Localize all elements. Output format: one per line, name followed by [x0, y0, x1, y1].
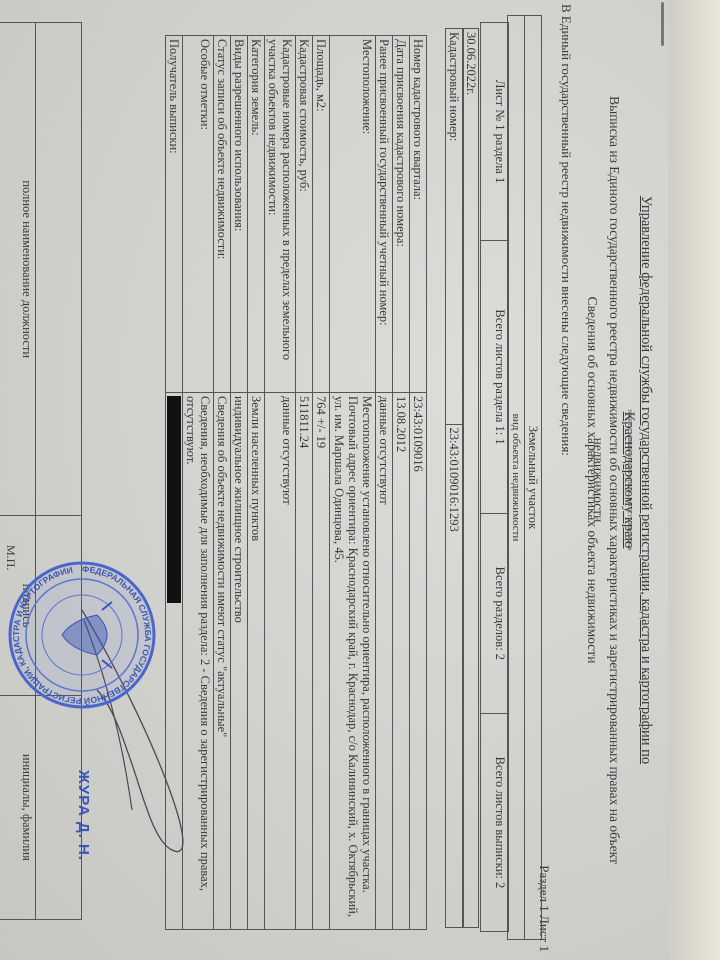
- table-row: Кадастровые номера расположенных в преде…: [265, 36, 296, 930]
- table-row: Ранее присвоенный государственный учетны…: [376, 36, 393, 930]
- document-subtitle: Сведения об основных характеристиках объ…: [584, 130, 600, 830]
- intro-text: В Единый государственный реестр недвижим…: [558, 4, 574, 456]
- extract-date: 30.06.2022г.: [463, 28, 479, 928]
- issuing-authority-caption: полное наименование органа регистрации п…: [626, 360, 634, 600]
- official-stamp-icon: ФЕДЕРАЛЬНАЯ СЛУЖБА ГОСУДАРСТВЕННОЙ РЕГИС…: [7, 560, 157, 710]
- sheet-number: Лист № 1 раздела 1: [481, 23, 509, 241]
- table-row: Категория земель:Земли населенных пункто…: [248, 36, 265, 930]
- egrn-extract-document: Управление федеральной службы государств…: [0, 0, 672, 960]
- sheets-total: Всего листов выписки: 2: [481, 713, 509, 931]
- cadastral-number-table: Кадастровый номер: 23:43:0109016:1293: [445, 28, 463, 928]
- sections-total: Всего разделов: 2: [481, 513, 509, 713]
- table-row: Статус записи об объекте недвижимости:Св…: [214, 36, 231, 930]
- object-type-table: Земельный участок вид объекта недвижимос…: [507, 15, 542, 940]
- object-type-caption: вид объекта недвижимости: [508, 16, 525, 940]
- characteristics-table: Номер кадастрового квартала:23:43:010901…: [165, 35, 427, 930]
- cadastral-number-label: Кадастровый номер:: [446, 29, 463, 425]
- signer-name: ЖУРА Д. Н.: [75, 770, 92, 861]
- signature-table: полное наименование должности подпись ин…: [0, 22, 82, 920]
- position-cell: [36, 23, 82, 516]
- sheets-in-section: Всего листов раздела 1: 1: [481, 241, 509, 514]
- table-row: Номер кадастрового квартала:23:43:010901…: [410, 36, 427, 930]
- cadastral-number: 23:43:0109016:1293: [446, 424, 463, 927]
- table-row: Дата присвоения кадастрового номера:13.0…: [393, 36, 410, 930]
- table-row: Местоположение:Местоположение установлен…: [330, 36, 376, 930]
- table-row: Кадастровая стоимость, руб:511811.24: [296, 36, 313, 930]
- sheets-table: Лист № 1 раздела 1 Всего листов раздела …: [480, 22, 509, 932]
- redacted-recipient: [167, 396, 181, 603]
- table-row: Виды разрешенного использования:индивиду…: [231, 36, 248, 930]
- name-caption: инициалы, фамилия: [0, 695, 36, 919]
- table-row: Площадь, м2:764 +/- 19: [313, 36, 330, 930]
- position-caption: полное наименование должности: [0, 23, 36, 516]
- pen-mark: [661, 2, 664, 46]
- table-surface-edge: [668, 0, 720, 960]
- object-type: Земельный участок: [525, 16, 542, 940]
